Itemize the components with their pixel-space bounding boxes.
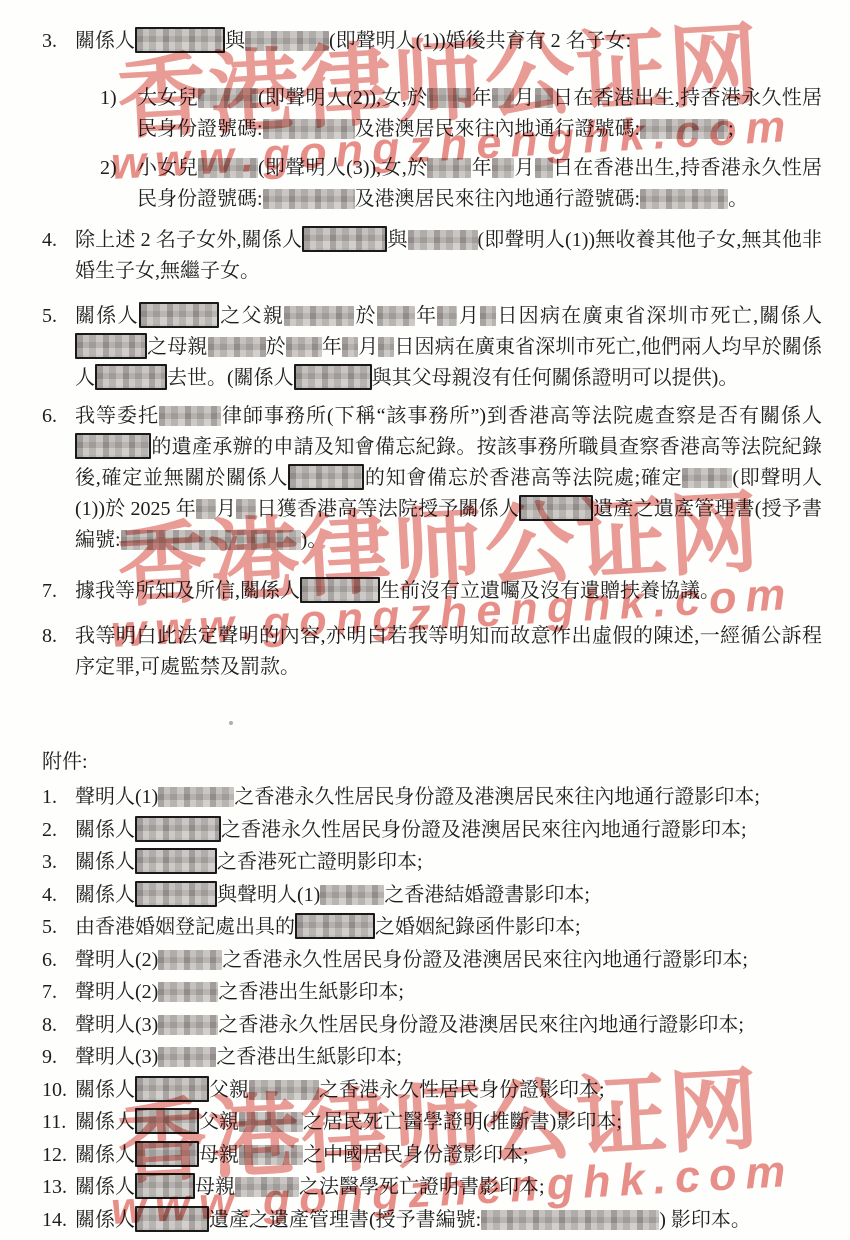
item-text: 我等明白此法定聲明的內容,亦明白若我等明知而故意作出虛假的陳述,一經循公訴程序定… <box>75 621 822 683</box>
redacted-text <box>284 306 354 326</box>
paragraph-row: 8.我等明白此法定聲明的內容,亦明白若我等明知而故意作出虛假的陳述,一經循公訴程… <box>42 621 822 683</box>
item-text: 大女兒(即聲明人(2)),女,於年月日在香港出生,持香港永久性居民身份證號碼:及… <box>137 83 822 145</box>
item-text: 關係人之父親於年月日因病在廣東省深圳市死亡,關係人之母親於年月日因病在廣東省深圳… <box>75 301 822 394</box>
redacted-text <box>135 27 225 53</box>
item-number: 12. <box>42 1139 75 1172</box>
attachment-row: 7.聲明人(2)之香港出生紙影印本; <box>42 976 822 1009</box>
redacted-text <box>682 468 732 488</box>
redacted-text <box>158 1047 216 1067</box>
item-text: 聲明人(2)之香港出生紙影印本; <box>75 976 822 1009</box>
redacted-text <box>286 337 322 357</box>
redacted-text <box>378 337 394 357</box>
item-text: 據我等所知及所信,關係人生前沒有立遺囑及沒有遺贈扶養協議。 <box>75 576 822 607</box>
item-number: 7. <box>42 976 75 1009</box>
redacted-text <box>302 226 387 252</box>
redacted-text <box>640 189 728 209</box>
redacted-text <box>135 1206 209 1232</box>
item-text: 聲明人(3)之香港出生紙影印本; <box>75 1041 822 1074</box>
redacted-text <box>408 230 478 250</box>
redacted-text <box>158 787 234 807</box>
scanned-document-page: 3.關係人與(即聲明人(1))婚後共育有 2 名子女:1)大女兒(即聲明人(2)… <box>0 0 850 1240</box>
paragraph-row: 3.關係人與(即聲明人(1))婚後共育有 2 名子女: <box>42 26 822 57</box>
redacted-text <box>263 119 355 139</box>
paragraph-row: 1)大女兒(即聲明人(2)),女,於年月日在香港出生,持香港永久性居民身份證號碼… <box>100 83 822 145</box>
item-number: 13. <box>42 1171 75 1204</box>
redacted-text <box>198 158 258 178</box>
attachment-row: 10.關係人父親之香港永久性居民身份證影印本; <box>42 1074 822 1107</box>
item-text: 我等委托律師事務所(下稱“該事務所”)到香港高等法院處查察是否有關係人的遺產承辦… <box>75 401 822 556</box>
redacted-text <box>95 364 167 390</box>
redacted-text <box>640 119 728 139</box>
item-number: 8. <box>42 621 75 683</box>
attachment-row: 12.關係人母親之中國居民身份證影印本; <box>42 1139 822 1172</box>
redacted-text <box>480 306 496 326</box>
redacted-text <box>121 530 301 550</box>
item-text: 除上述 2 名子女外,關係人與(即聲明人(1))無收養其他子女,無其他非婚生子女… <box>75 225 822 287</box>
redacted-text <box>135 1141 199 1167</box>
redacted-text <box>294 364 372 390</box>
redacted-text <box>235 1177 299 1197</box>
redacted-text <box>158 950 222 970</box>
item-text: 聲明人(2)之香港永久性居民身份證及港澳居民來往內地通行證影印本; <box>75 944 822 977</box>
attachment-row: 1.聲明人(1)之香港永久性居民身份證及港澳居民來往內地通行證影印本; <box>42 781 822 814</box>
item-text: 關係人父親之居民死亡醫學證明(推斷書)影印本; <box>75 1106 822 1139</box>
redacted-text <box>135 848 217 874</box>
redacted-text <box>236 499 256 519</box>
item-number: 8. <box>42 1009 75 1042</box>
item-text: 小女兒(即聲明人(3)),女,於年月日在香港出生,持香港永久性居民身份證號碼:及… <box>137 153 822 215</box>
redacted-text <box>427 158 471 178</box>
paragraph-row: 7.據我等所知及所信,關係人生前沒有立遺囑及沒有遺贈扶養協議。 <box>42 576 822 607</box>
item-number: 5. <box>42 911 75 944</box>
item-text: 由香港婚姻登記處出具的之婚姻紀錄函件影印本; <box>75 911 822 944</box>
redacted-text <box>249 1080 319 1100</box>
item-text: 關係人父親之香港永久性居民身份證影印本; <box>75 1074 822 1107</box>
item-text: 聲明人(3)之香港永久性居民身份證及港澳居民來往內地通行證影印本; <box>75 1009 822 1042</box>
attachment-row: 14.關係人遺產之遺產管理書(授予書編號:) 影印本。 <box>42 1204 822 1237</box>
redacted-text <box>519 495 593 521</box>
redacted-text <box>198 88 258 108</box>
redacted-text <box>135 1076 209 1102</box>
redacted-text <box>288 464 364 490</box>
attachment-row: 3.關係人之香港死亡證明影印本; <box>42 846 822 879</box>
redacted-text <box>377 306 415 326</box>
redacted-text <box>320 885 384 905</box>
item-number: 6. <box>42 944 75 977</box>
item-number: 2) <box>100 153 137 215</box>
redacted-text <box>135 816 221 842</box>
item-number: 3. <box>42 846 75 879</box>
item-number: 11. <box>42 1106 75 1139</box>
item-number: 7. <box>42 576 75 607</box>
item-text: 關係人之香港死亡證明影印本; <box>75 846 822 879</box>
redacted-text <box>263 189 355 209</box>
redacted-text <box>295 913 375 939</box>
attachment-row: 8.聲明人(3)之香港永久性居民身份證及港澳居民來往內地通行證影印本; <box>42 1009 822 1042</box>
redacted-text <box>208 337 266 357</box>
redacted-text <box>159 406 221 426</box>
item-number: 4. <box>42 879 75 912</box>
paragraph-row: 5.關係人之父親於年月日因病在廣東省深圳市死亡,關係人之母親於年月日因病在廣東省… <box>42 301 822 394</box>
redacted-text <box>481 1210 659 1230</box>
redacted-text <box>427 88 471 108</box>
item-number: 14. <box>42 1204 75 1237</box>
item-text: 關係人母親之中國居民身份證影印本; <box>75 1139 822 1172</box>
redacted-text <box>135 1108 199 1134</box>
redacted-text <box>139 302 219 328</box>
item-number: 6. <box>42 401 75 556</box>
attachment-row: 2.關係人之香港永久性居民身份證及港澳居民來往內地通行證影印本; <box>42 814 822 847</box>
redacted-text <box>196 499 216 519</box>
item-text: 關係人與聲明人(1)之香港結婚證書影印本; <box>75 879 822 912</box>
item-text: 關係人之香港永久性居民身份證及港澳居民來往內地通行證影印本; <box>75 814 822 847</box>
item-number: 4. <box>42 225 75 287</box>
redacted-text <box>437 306 457 326</box>
redacted-text <box>245 31 329 51</box>
scan-speck <box>229 721 233 725</box>
redacted-text <box>300 577 380 603</box>
attachment-row: 11.關係人父親之居民死亡醫學證明(推斷書)影印本; <box>42 1106 822 1139</box>
attachments-list: 1.聲明人(1)之香港永久性居民身份證及港澳居民來往內地通行證影印本;2.關係人… <box>42 781 822 1236</box>
redacted-text <box>239 1112 303 1132</box>
item-number: 2. <box>42 814 75 847</box>
item-text: 關係人與(即聲明人(1))婚後共育有 2 名子女: <box>75 26 822 57</box>
paragraph-row: 4.除上述 2 名子女外,關係人與(即聲明人(1))無收養其他子女,無其他非婚生… <box>42 225 822 287</box>
redacted-text <box>535 88 553 108</box>
item-number: 9. <box>42 1041 75 1074</box>
redacted-text <box>158 982 218 1002</box>
item-text: 關係人遺產之遺產管理書(授予書編號:) 影印本。 <box>75 1204 822 1237</box>
attachments-heading: 附件: <box>42 747 822 778</box>
redacted-text <box>492 158 514 178</box>
item-number: 1) <box>100 83 137 145</box>
redacted-text <box>135 1173 195 1199</box>
item-number: 10. <box>42 1074 75 1107</box>
declaration-paragraphs: 3.關係人與(即聲明人(1))婚後共育有 2 名子女:1)大女兒(即聲明人(2)… <box>42 26 822 683</box>
redacted-text <box>75 433 151 459</box>
attachment-row: 4.關係人與聲明人(1)之香港結婚證書影印本; <box>42 879 822 912</box>
attachment-row: 9.聲明人(3)之香港出生紙影印本; <box>42 1041 822 1074</box>
paragraph-row: 2)小女兒(即聲明人(3)),女,於年月日在香港出生,持香港永久性居民身份證號碼… <box>100 153 822 215</box>
item-text: 聲明人(1)之香港永久性居民身份證及港澳居民來往內地通行證影印本; <box>75 781 822 814</box>
redacted-text <box>75 333 147 359</box>
redacted-text <box>135 881 217 907</box>
item-number: 1. <box>42 781 75 814</box>
item-number: 3. <box>42 26 75 57</box>
item-number: 5. <box>42 301 75 394</box>
redacted-text <box>342 337 358 357</box>
redacted-text <box>492 88 514 108</box>
redacted-text <box>158 1015 218 1035</box>
redacted-text <box>535 158 553 178</box>
redacted-text <box>239 1145 303 1165</box>
paragraph-row: 6.我等委托律師事務所(下稱“該事務所”)到香港高等法院處查察是否有關係人的遺產… <box>42 401 822 556</box>
item-text: 關係人母親之法醫學死亡證明書影印本; <box>75 1171 822 1204</box>
attachment-row: 13.關係人母親之法醫學死亡證明書影印本; <box>42 1171 822 1204</box>
attachment-row: 5.由香港婚姻登記處出具的之婚姻紀錄函件影印本; <box>42 911 822 944</box>
attachment-row: 6.聲明人(2)之香港永久性居民身份證及港澳居民來往內地通行證影印本; <box>42 944 822 977</box>
